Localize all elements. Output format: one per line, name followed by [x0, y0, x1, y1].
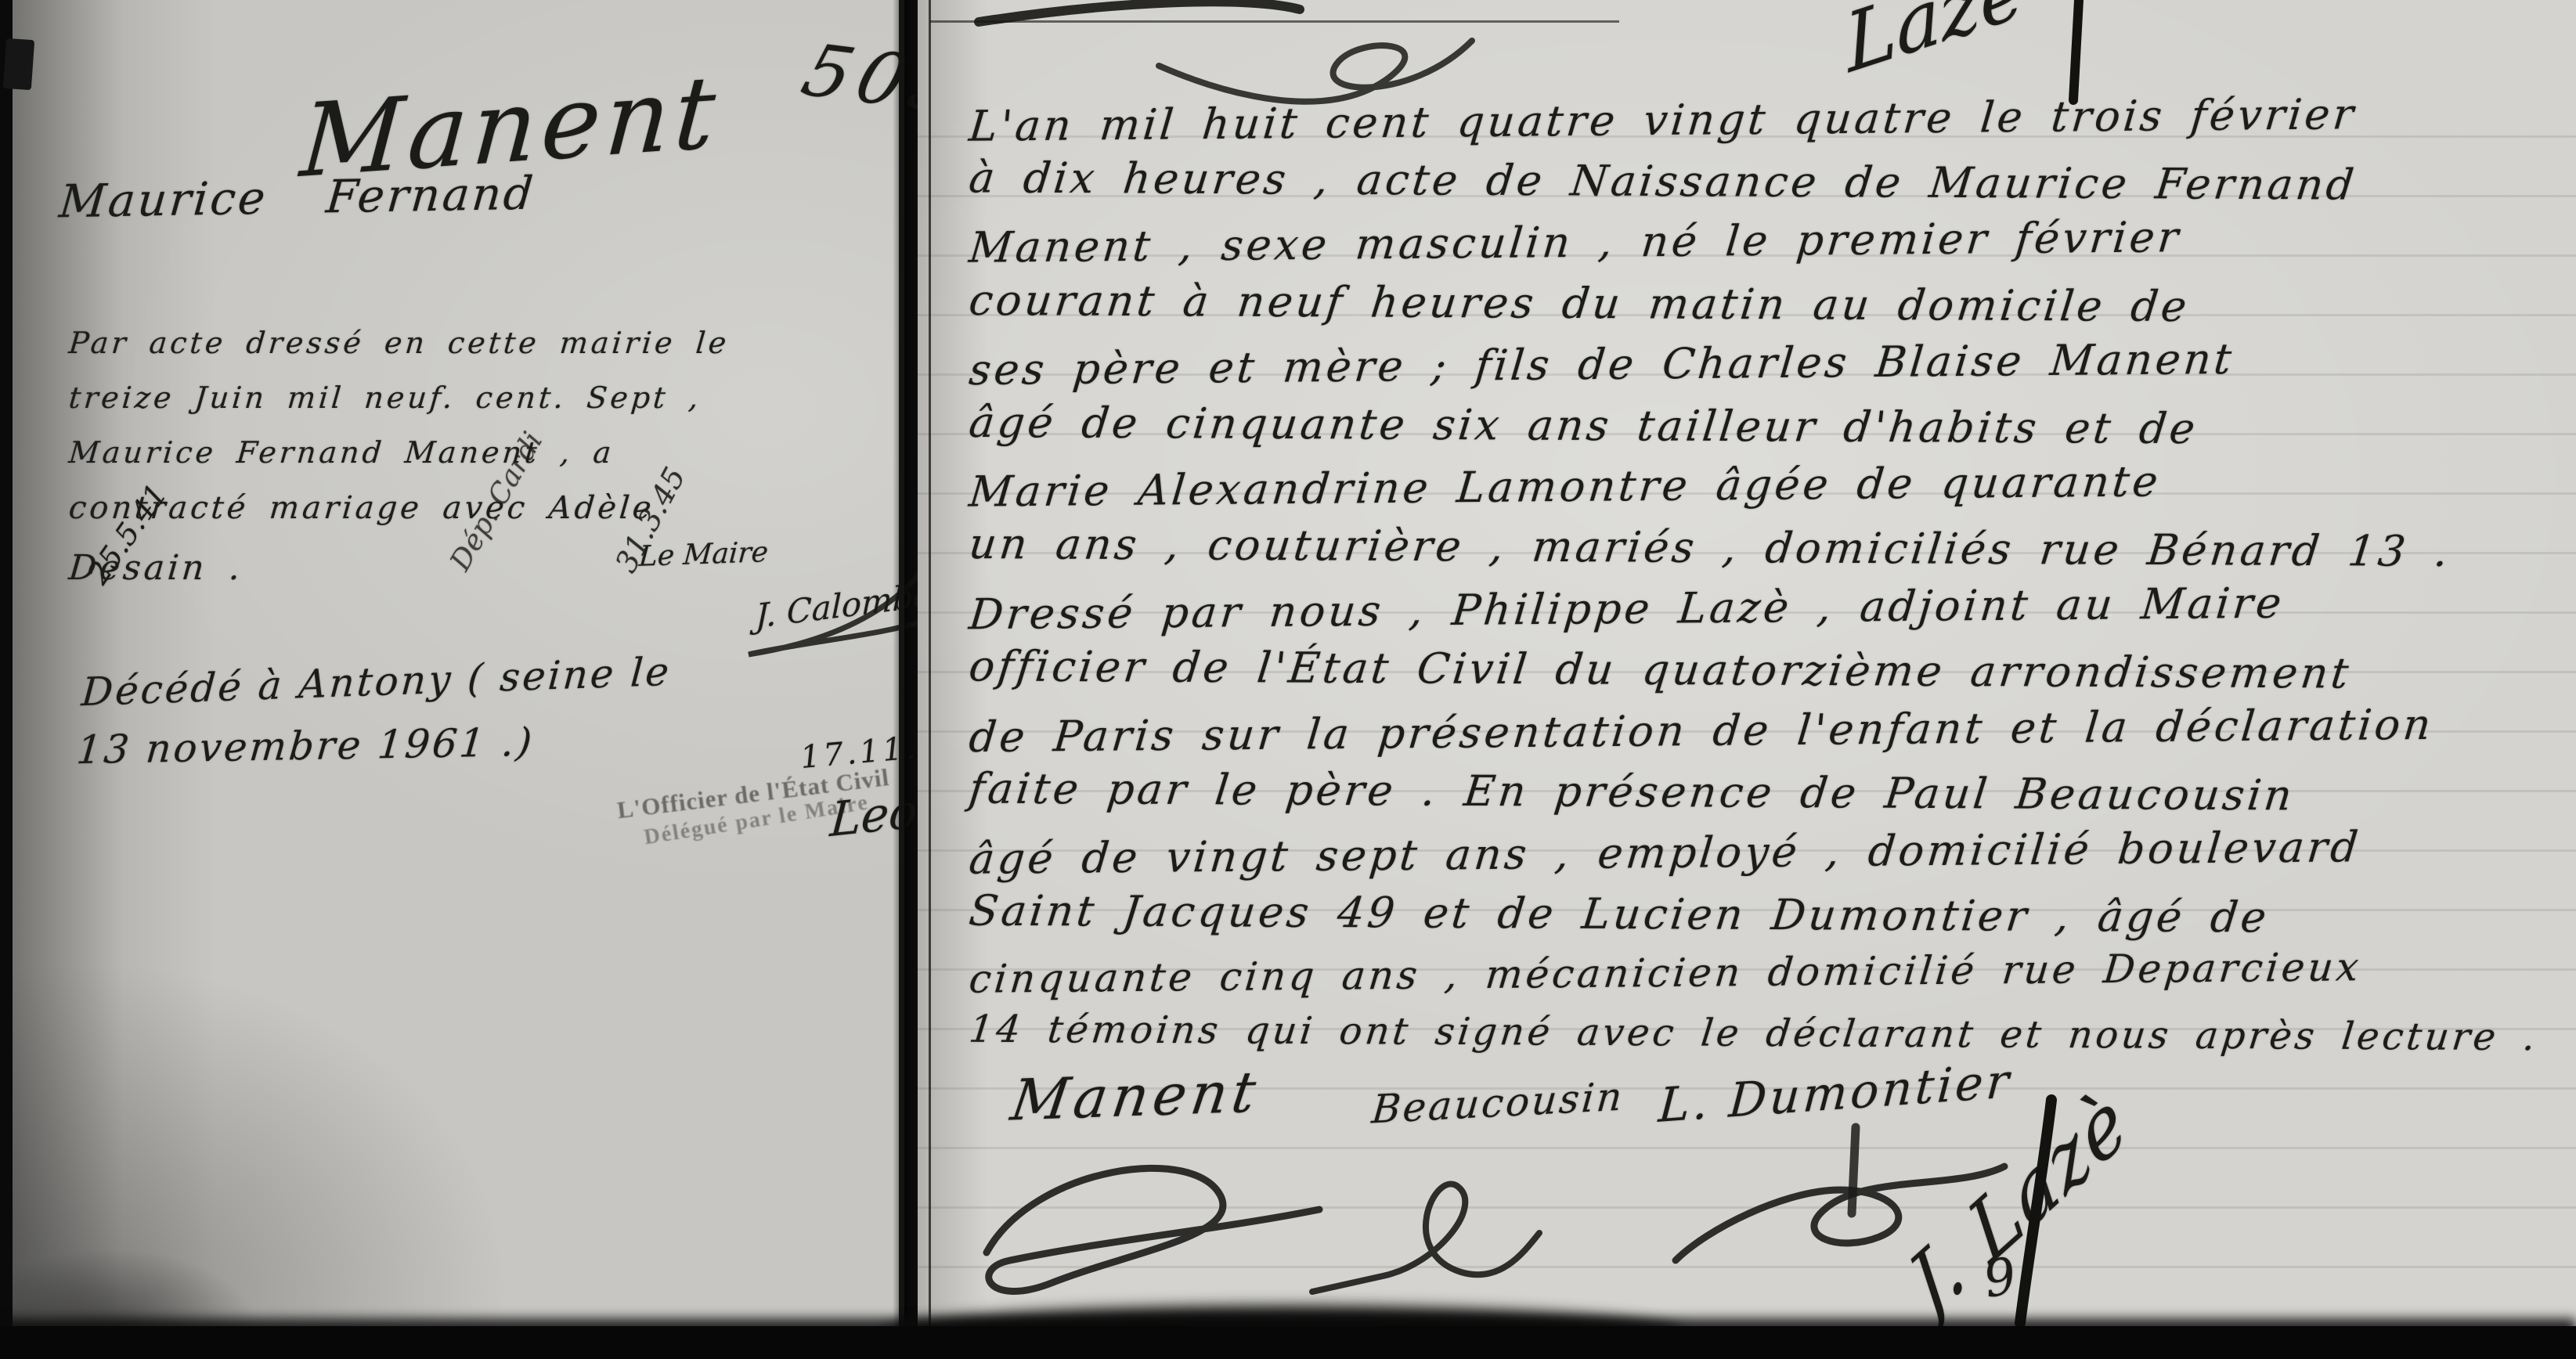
- left-page: Manent 503 Maurice Fernand Par acte dres…: [13, 0, 899, 1359]
- act-line: Marie Alexandrine Lamontre âgée de quara…: [967, 456, 2163, 516]
- official-signature-stroke: [2004, 1096, 2067, 1331]
- scan-edge-bottom: [0, 1326, 2576, 1359]
- top-partial-flourish: [971, 0, 1566, 111]
- act-line: un ans , couturière , mariés , domicilié…: [967, 519, 2454, 576]
- witness-signature-manent: Manent: [1007, 1058, 1265, 1134]
- paraph-flourish: [963, 1135, 1339, 1315]
- given-names: Maurice Fernand: [57, 167, 537, 229]
- act-line: courant à neuf heures du matin au domici…: [967, 276, 2192, 331]
- top-partial-signature-stroke: [2059, 0, 2091, 102]
- death-note-line1: Décédé à Antony ( seine le: [80, 649, 673, 715]
- scanned-register-spread: Manent 503 Maurice Fernand Par acte dres…: [0, 0, 2576, 1359]
- scan-edge-left: [0, 0, 13, 1359]
- margin-note-line: Par acte dressé en cette mairie le: [67, 326, 731, 360]
- margin-rule-line: [929, 0, 931, 1335]
- act-line: à dix heures , acte de Naissance de Maur…: [967, 153, 2360, 209]
- act-line: faite par le père . En présence de Paul …: [967, 764, 2298, 820]
- scan-corner-mark: [3, 38, 34, 90]
- act-line: officier de l'État Civil du quatorzième …: [967, 641, 2354, 698]
- book-fold-line: [899, 0, 904, 1359]
- act-line: âgé de cinquante six ans tailleur d'habi…: [967, 398, 2201, 453]
- scan-shadow-bottom-left: [13, 1221, 341, 1331]
- book-gutter-shadow: [893, 0, 919, 1359]
- act-line: 14 témoins qui ont signé avec le déclara…: [967, 1008, 2541, 1059]
- margin-note-line: treize Juin mil neuf. cent. Sept ,: [67, 380, 703, 415]
- act-line: Saint Jacques 49 et de Lucien Dumontier …: [967, 886, 2272, 943]
- death-note-line2: 13 novembre 1961 .): [75, 719, 536, 773]
